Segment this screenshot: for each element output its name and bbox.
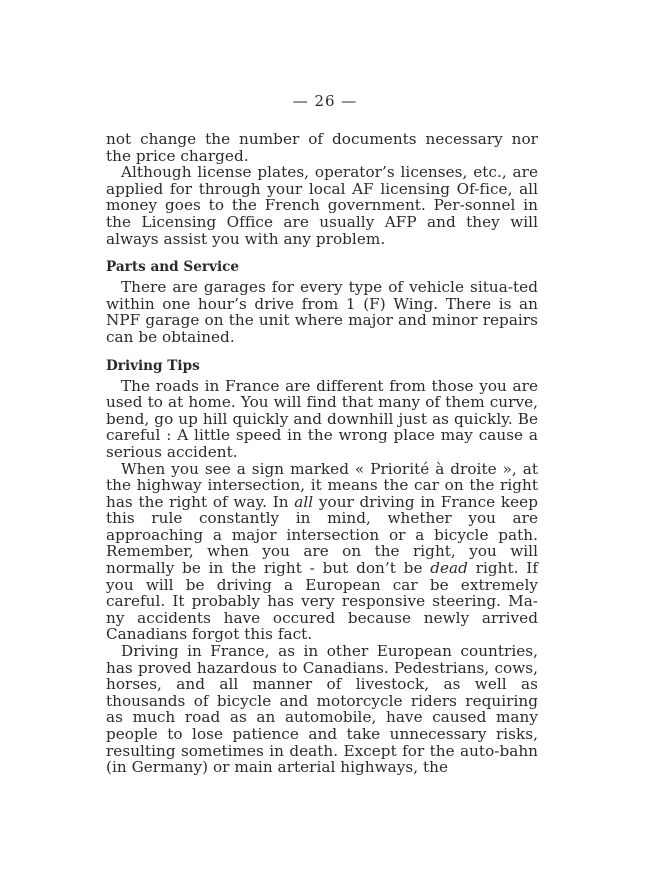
emphasis-dead: dead: [430, 559, 468, 577]
page-number: — 26 —: [112, 92, 538, 110]
emphasis-all: all: [294, 493, 313, 511]
document-page: — 26 — not change the number of document…: [106, 92, 538, 776]
heading-driving-tips: Driving Tips: [106, 358, 538, 374]
paragraph-licensing: Although license plates, operator’s lice…: [106, 164, 538, 247]
paragraph-garages: There are garages for every type of vehi…: [106, 279, 538, 345]
paragraph-roads: The roads in France are different from t…: [106, 378, 538, 461]
paragraph-continuation: not change the number of documents neces…: [106, 131, 538, 164]
heading-parts-and-service: Parts and Service: [106, 259, 538, 275]
paragraph-hazards: Driving in France, as in other European …: [106, 643, 538, 776]
paragraph-priority-right: When you see a sign marked « Priorité à …: [106, 461, 538, 644]
